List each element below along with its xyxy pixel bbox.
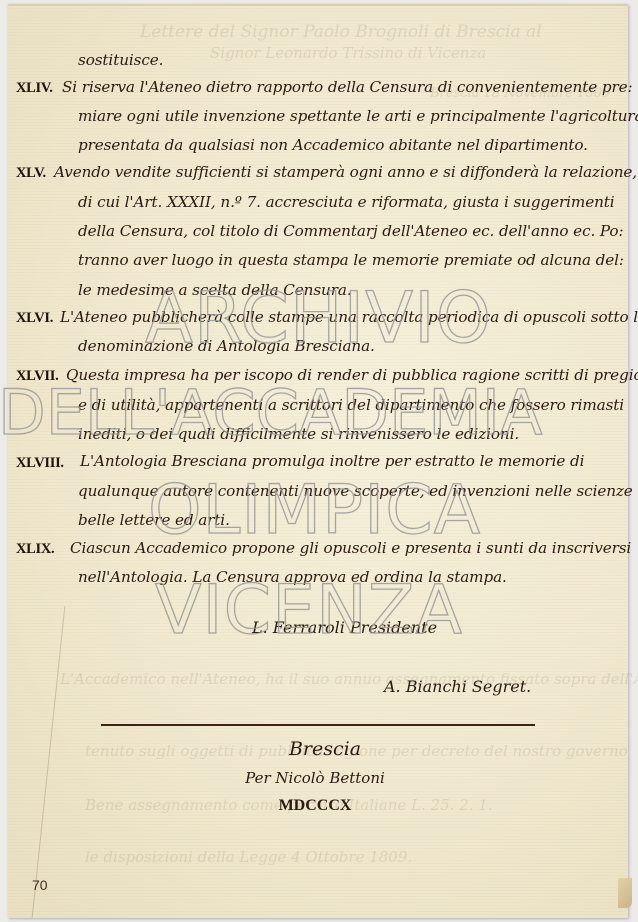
imprint-city: Brescia xyxy=(250,738,400,760)
article-line: di cui l'Art. XXXII, n.º 7. accresciuta … xyxy=(78,193,615,211)
article-number: XLIV. xyxy=(16,80,53,97)
folio-number: 70 xyxy=(32,877,48,893)
article-number: XLV. xyxy=(16,165,46,182)
secretary-signature: A. Bianchi Segret. xyxy=(384,677,531,696)
folded-corner xyxy=(618,878,632,908)
article-number: XLVI. xyxy=(16,310,53,327)
article-line: tranno aver luogo in questa stampa le me… xyxy=(78,251,624,269)
bleed-through-line: Signor Leonardo Trissino di Vicenza xyxy=(210,44,486,62)
continuation-line: sostituisce. xyxy=(78,51,163,69)
article-number: XLIX. xyxy=(16,541,54,558)
watermark-line: DELL'ACCADEMIA xyxy=(0,382,542,444)
article-line: presentata da qualsiasi non Accademico a… xyxy=(78,136,588,154)
article-line: Si riserva l'Ateneo dietro rapporto dell… xyxy=(62,78,633,96)
imprint-year: MDCCCX xyxy=(250,797,380,815)
bleed-through-line: Lettere del Signor Paolo Brognoli di Bre… xyxy=(140,22,542,42)
bleed-through-line: le disposizioni della Legge 4 Ottobre 18… xyxy=(85,848,412,866)
watermark-line: ARCHIVIO xyxy=(145,283,492,353)
article-line: miare ogni utile invenzione spettante le… xyxy=(78,107,638,125)
article-number: XLVIII. xyxy=(16,455,64,472)
watermark-line: VICENZA xyxy=(155,577,463,645)
watermark-line: OLIMPICA xyxy=(148,477,481,545)
article-line: della Censura, col titolo di Commentarj … xyxy=(78,222,624,240)
article-line: Avendo vendite sufficienti si stamperà o… xyxy=(54,163,637,181)
imprint-printer: Per Nicolò Bettoni xyxy=(225,769,405,787)
article-line: L'Antologia Bresciana promulga inoltre p… xyxy=(80,452,584,470)
paper-crease xyxy=(32,606,96,918)
bleed-through-line: L'Accademico nell'Ateneo, ha il suo annu… xyxy=(60,670,638,688)
divider-rule xyxy=(101,724,535,726)
